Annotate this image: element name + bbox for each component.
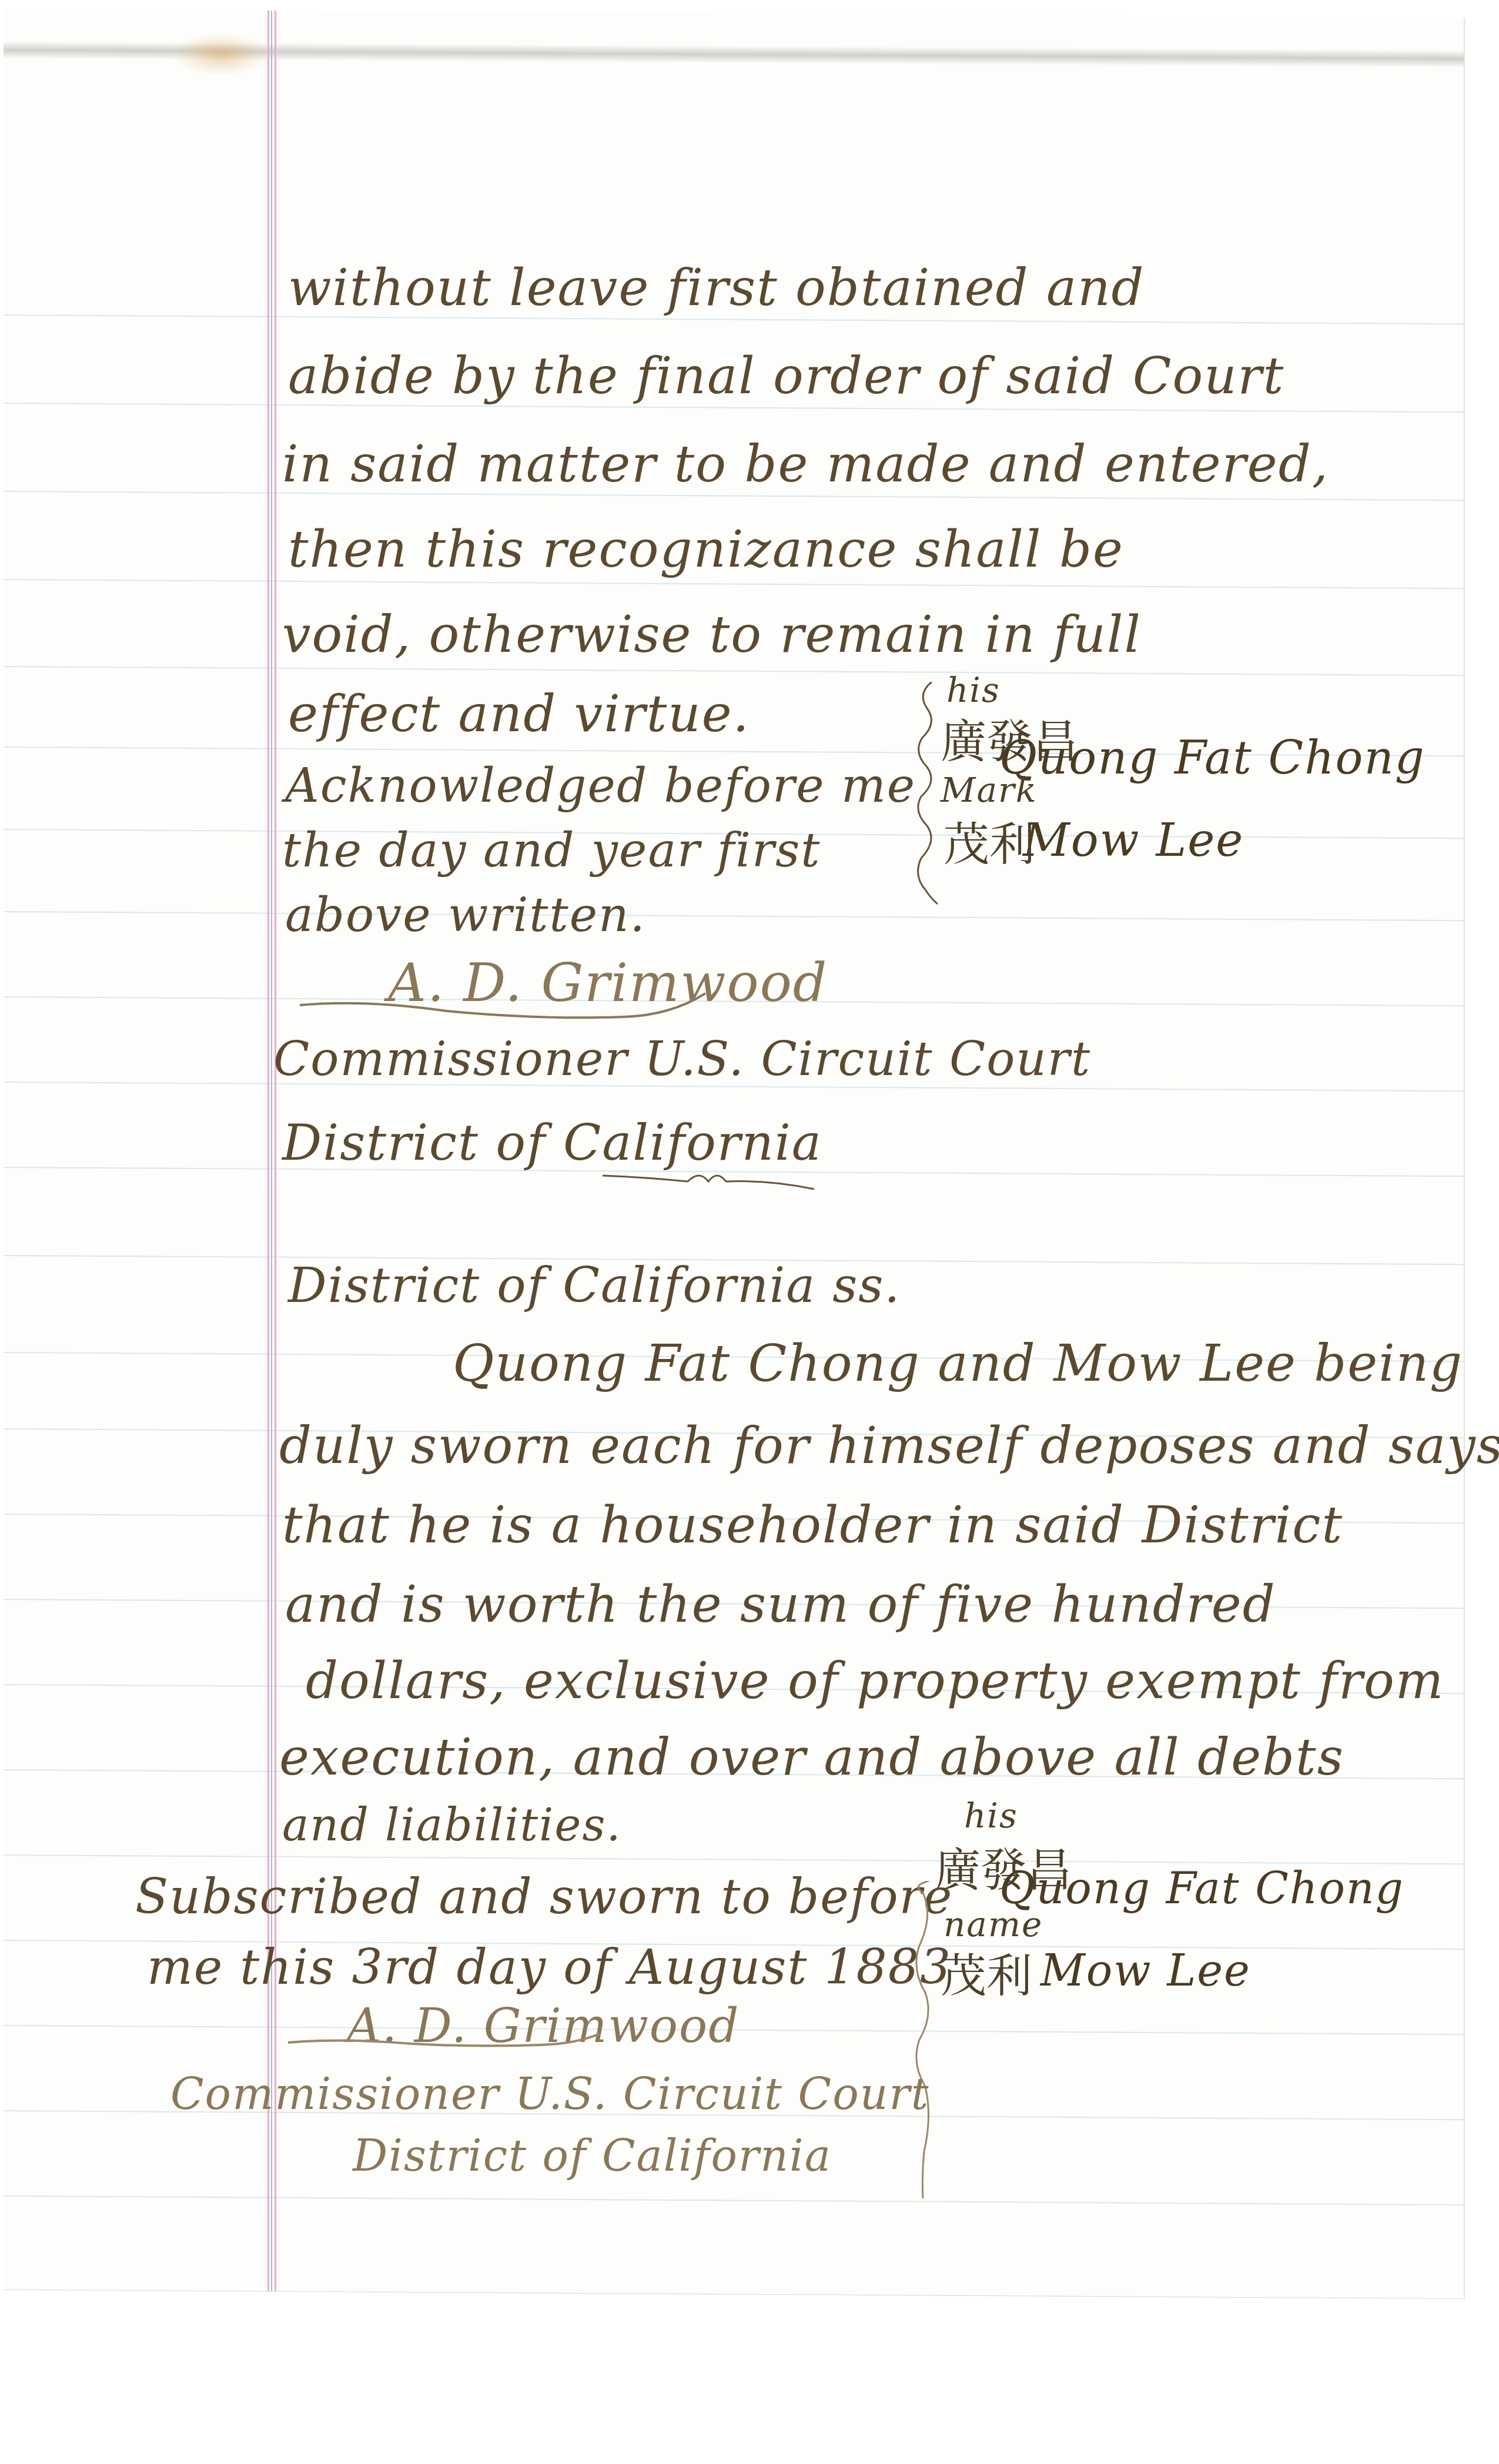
ruled-line: [4, 666, 1464, 676]
acknowledgement-line: above written.: [285, 888, 646, 942]
signer1-name: Quong Fat Chong: [999, 1863, 1404, 1914]
commissioner-title: Commissioner U.S. Circuit Court: [170, 2069, 930, 2120]
recognizance-line: effect and virtue.: [288, 685, 750, 744]
mark-label: Mark: [941, 770, 1038, 810]
affidavit-line: Quong Fat Chong and Mow Lee being: [453, 1334, 1463, 1393]
affidavit-line: and liabilities.: [282, 1799, 622, 1851]
signature-flourish-icon: [282, 2031, 611, 2060]
affidavit-line: and is worth the sum of five hundred: [285, 1575, 1276, 1634]
commissioner-district: District of California: [282, 1114, 822, 1171]
signer2-chinese-name: 茂利: [943, 808, 1035, 874]
signer2-name: Mow Lee: [1040, 1946, 1251, 1996]
commissioner-district: District of California: [353, 2131, 832, 2181]
signature-flourish-icon: [294, 993, 741, 1035]
recognizance-line: in said matter to be made and entered,: [282, 435, 1329, 494]
jurat-line: Subscribed and sworn to before: [135, 1869, 953, 1925]
name-label: name: [943, 1904, 1043, 1944]
commissioner-title: Commissioner U.S. Circuit Court: [273, 1032, 1091, 1086]
affidavit-line: duly sworn each for himself deposes and …: [279, 1417, 1499, 1475]
signer2-name: Mow Lee: [1023, 814, 1244, 867]
affidavit-line: execution, and over and above all debts: [279, 1728, 1344, 1787]
acknowledgement-line: the day and year first: [282, 823, 821, 878]
recognizance-line: without leave first obtained and: [288, 259, 1145, 317]
section-divider-flourish-icon: [600, 1167, 817, 1190]
signer2-chinese-name: 茂利: [941, 1940, 1032, 2006]
recognizance-line: abide by the final order of said Court: [288, 347, 1284, 406]
signature-brace-icon: [914, 682, 938, 905]
his-label: his: [946, 670, 1001, 710]
recognizance-line: then this recognizance shall be: [288, 520, 1124, 579]
affidavit-venue: District of California ss.: [288, 1258, 901, 1314]
recognizance-line: void, otherwise to remain in full: [282, 605, 1142, 664]
signer1-name: Quong Fat Chong: [999, 732, 1426, 785]
paper-stain: [174, 34, 268, 75]
signature-brace-icon: [911, 1881, 935, 2198]
acknowledgement-line: Acknowledged before me: [285, 758, 916, 813]
ruled-line: [4, 911, 1464, 921]
jurat-date-line: me this 3rd day of August 1883: [147, 1940, 952, 1996]
his-label: his: [964, 1796, 1018, 1836]
affidavit-line: dollars, exclusive of property exempt fr…: [306, 1652, 1444, 1710]
ruled-line: [4, 579, 1464, 589]
ruled-line: [4, 2195, 1464, 2205]
affidavit-line: that he is a householder in said Distric…: [282, 1496, 1343, 1555]
